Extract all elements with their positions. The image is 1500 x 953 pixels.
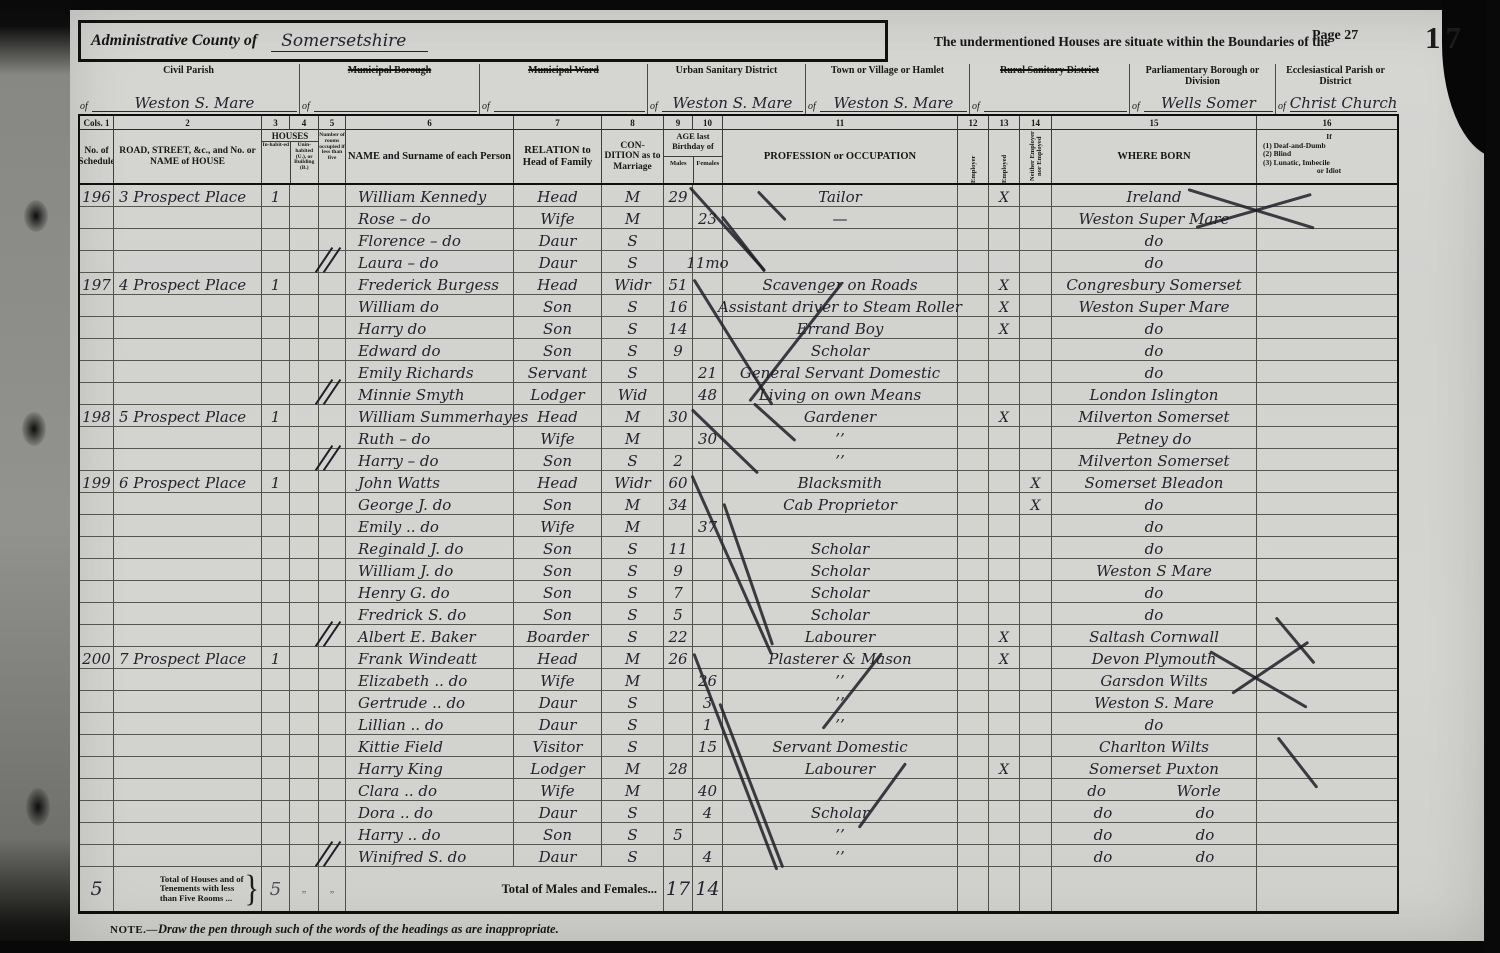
person-row: Emily RichardsServantS21General Servant … — [80, 361, 1397, 383]
person-row: Henry G. doSonS7Scholardo — [80, 581, 1397, 603]
address-cell — [114, 339, 262, 361]
district-label: Town or Village or Hamlet — [808, 65, 967, 76]
col-num: 10 — [693, 116, 723, 130]
relation-cell: Daur — [514, 229, 602, 251]
address-cell — [114, 449, 262, 471]
employed-mark-cell — [989, 251, 1020, 273]
condition-cell: M — [602, 405, 664, 427]
age-female-cell: 3 — [693, 691, 723, 713]
administrative-county-value: Somersetshire — [271, 31, 428, 52]
born-text: Devon Plymouth — [1092, 651, 1217, 668]
uninhabited-cell — [290, 801, 319, 823]
born-text: do — [1145, 585, 1164, 602]
relation-cell: Head — [514, 185, 602, 207]
person-row: Elizabeth .. doWifeM26’’Garsdon Wilts — [80, 669, 1397, 691]
condition-cell: S — [602, 559, 664, 581]
schedule-cell — [80, 295, 114, 317]
occupation-cell: ’’ — [723, 669, 958, 691]
inhabited-cell — [262, 493, 290, 515]
occupation-cell: Labourer — [723, 625, 958, 647]
age-female-cell — [693, 449, 723, 471]
address-cell: 6 Prospect Place — [114, 471, 262, 493]
age-female-cell — [693, 405, 723, 427]
census-form-paper: Administrative County of Somersetshire T… — [70, 10, 1484, 941]
person-row: Edward doSonS9Scholardo — [80, 339, 1397, 361]
age-male-cell: 5 — [664, 823, 693, 845]
employer-mark-cell — [958, 493, 989, 515]
employer-mark-cell — [958, 449, 989, 471]
condition-column-header: CON-DITION as to Marriage — [602, 130, 663, 183]
person-row: William doSonS16Assistant driver to Stea… — [80, 295, 1397, 317]
age-female-cell: 11mo — [693, 251, 723, 273]
employed-mark-cell: X — [989, 295, 1020, 317]
uninhabited-cell — [290, 669, 319, 691]
district-label: Municipal Ward — [482, 65, 645, 76]
born-text-secondary: do — [1196, 805, 1215, 822]
totals-empty-cell — [1257, 867, 1397, 911]
infirmity-cell — [1257, 559, 1397, 581]
inhabited-cell: 1 — [262, 185, 290, 207]
relation-cell: Wife — [514, 515, 602, 537]
col-num: 7 — [514, 116, 602, 130]
schedule-cell — [80, 691, 114, 713]
infirmity-cell — [1257, 493, 1397, 515]
age-female-cell: 1 — [693, 713, 723, 735]
schedule-cell — [80, 361, 114, 383]
age-male-cell — [664, 779, 693, 801]
employer-mark-cell — [958, 691, 989, 713]
address-cell — [114, 295, 262, 317]
rooms-cell — [319, 383, 346, 405]
rooms-column-header: Number of rooms occupied if less than fi… — [319, 130, 345, 162]
age-female-cell: 4 — [693, 801, 723, 823]
condition-cell: S — [602, 251, 664, 273]
neither-mark-cell — [1020, 647, 1052, 669]
condition-cell: M — [602, 427, 664, 449]
schedule-cell: 199 — [80, 471, 114, 493]
employed-mark-cell: X — [989, 625, 1020, 647]
employer-mark-cell — [958, 559, 989, 581]
neither-mark-cell — [1020, 295, 1052, 317]
totals-empty-cell — [723, 867, 958, 911]
age-male-cell: 26 — [664, 647, 693, 669]
relation-cell: Son — [514, 537, 602, 559]
condition-cell: M — [602, 207, 664, 229]
born-text: do — [1094, 827, 1113, 844]
name-column-header: NAME and Surname of each Person — [346, 130, 513, 183]
employer-mark-cell — [958, 713, 989, 735]
where-born-cell: Devon Plymouth — [1052, 647, 1257, 669]
name-cell: Albert E. Baker — [346, 625, 514, 647]
road-street-column-header: ROAD, STREET, &c., and No. or NAME of HO… — [114, 130, 261, 183]
folio-stamp: 17 — [1425, 20, 1466, 56]
name-cell: Reginald J. do — [346, 537, 514, 559]
born-text: do — [1145, 497, 1164, 514]
occupation-cell — [723, 251, 958, 273]
person-row: Kittie FieldVisitorS15Servant DomesticCh… — [80, 735, 1397, 757]
uninhabited-cell — [290, 559, 319, 581]
column-number-row: Cols. 1 2 3 4 5 6 7 8 9 10 11 12 13 14 1… — [80, 116, 1397, 130]
males-column-header: Males — [664, 156, 694, 183]
where-born-cell: Weston Super Mare — [1052, 207, 1257, 229]
employed-mark-cell — [989, 691, 1020, 713]
totals-inhabited-count: 5 — [262, 867, 290, 911]
column-label-row: No. of Schedule ROAD, STREET, &c., and N… — [80, 130, 1397, 185]
rooms-cell — [319, 669, 346, 691]
col-num: 4 — [290, 116, 319, 130]
inhabited-cell — [262, 229, 290, 251]
employed-mark-cell — [989, 801, 1020, 823]
infirmity-cell — [1257, 317, 1397, 339]
occupation-cell: ’’ — [723, 691, 958, 713]
col-num: 8 — [602, 116, 664, 130]
relation-cell: Son — [514, 295, 602, 317]
name-cell: Emily Richards — [346, 361, 514, 383]
age-male-cell — [664, 361, 693, 383]
person-row: Winifred S. doDaurS4’’dodo — [80, 845, 1397, 867]
age-male-cell — [664, 427, 693, 449]
address-cell — [114, 845, 262, 867]
born-text: Weston S Mare — [1096, 563, 1212, 580]
rooms-cell — [319, 405, 346, 427]
totals-ditto-mark: „ — [319, 867, 346, 911]
employed-mark-cell: X — [989, 185, 1020, 207]
neither-mark-cell — [1020, 339, 1052, 361]
col-num: Cols. 1 — [80, 116, 114, 130]
schedule-cell — [80, 559, 114, 581]
household-end-mark — [323, 377, 343, 407]
person-row: Dora .. doDaurS4Scholardodo — [80, 801, 1397, 823]
name-cell: Winifred S. do — [346, 845, 514, 867]
employer-mark-cell — [958, 383, 989, 405]
binder-hole — [22, 412, 46, 446]
infirmity-cell — [1257, 471, 1397, 493]
address-cell — [114, 537, 262, 559]
age-group-header: AGE last Birthday of — [664, 130, 722, 156]
neither-mark-cell: X — [1020, 471, 1052, 493]
rooms-cell — [319, 515, 346, 537]
infirmity-cell — [1257, 537, 1397, 559]
employer-mark-cell — [958, 295, 989, 317]
born-text-secondary: do — [1196, 849, 1215, 866]
uninhabited-column-header: Unin-habited (U.), or Building (B.) — [291, 142, 319, 183]
address-cell — [114, 515, 262, 537]
relation-cell: Head — [514, 471, 602, 493]
schedule-cell — [80, 317, 114, 339]
scan-left-margin — [0, 0, 70, 953]
employer-mark-cell — [958, 801, 989, 823]
age-female-cell: 26 — [693, 669, 723, 691]
person-row: Albert E. BakerBoarderS22LabourerXSaltas… — [80, 625, 1397, 647]
occupation-cell: Blacksmith — [723, 471, 958, 493]
name-cell: Minnie Smyth — [346, 383, 514, 405]
occupation-cell: — — [723, 207, 958, 229]
uninhabited-cell — [290, 207, 319, 229]
of-prefix: of — [302, 101, 310, 112]
inhabited-cell — [262, 339, 290, 361]
born-text: do — [1145, 321, 1164, 338]
employer-mark-cell — [958, 757, 989, 779]
col-num: 16 — [1257, 116, 1397, 130]
employer-mark-cell — [958, 229, 989, 251]
employed-mark-cell — [989, 207, 1020, 229]
employer-mark-cell — [958, 823, 989, 845]
occupation-cell: Living on own Means — [723, 383, 958, 405]
relation-cell: Lodger — [514, 757, 602, 779]
age-male-cell: 14 — [664, 317, 693, 339]
district-label: Parliamentary Borough or Division — [1132, 65, 1273, 87]
person-row: Fredrick S. doSonS5Scholardo — [80, 603, 1397, 625]
age-male-cell: 5 — [664, 603, 693, 625]
relation-cell: Daur — [514, 845, 602, 867]
inhabited-cell — [262, 691, 290, 713]
relation-cell: Wife — [514, 427, 602, 449]
employed-mark-cell — [989, 845, 1020, 867]
born-text: do — [1145, 717, 1164, 734]
employed-mark-cell — [989, 229, 1020, 251]
age-female-cell — [693, 185, 723, 207]
infirmity-cell — [1257, 757, 1397, 779]
uninhabited-cell — [290, 647, 319, 669]
neither-mark-cell — [1020, 779, 1052, 801]
employed-column-header: Employed — [1001, 130, 1008, 183]
col-num: 12 — [958, 116, 989, 130]
condition-cell: S — [602, 625, 664, 647]
employer-mark-cell — [958, 625, 989, 647]
inhabited-cell — [262, 823, 290, 845]
uninhabited-cell — [290, 361, 319, 383]
born-text: Milverton Somerset — [1078, 409, 1229, 426]
infirmity-cell — [1257, 845, 1397, 867]
neither-mark-cell — [1020, 801, 1052, 823]
schedule-cell — [80, 669, 114, 691]
inhabited-cell — [262, 515, 290, 537]
relation-cell: Head — [514, 273, 602, 295]
of-prefix: of — [972, 101, 980, 112]
of-prefix: of — [482, 101, 490, 112]
neither-mark-cell — [1020, 537, 1052, 559]
totals-empty-cell — [989, 867, 1020, 911]
col-num: 9 — [664, 116, 693, 130]
employed-mark-cell — [989, 713, 1020, 735]
person-row: Reginald J. doSonS11Scholardo — [80, 537, 1397, 559]
district-value: Weston S. Mare — [662, 96, 803, 112]
name-cell: Harry .. do — [346, 823, 514, 845]
inhabited-cell — [262, 581, 290, 603]
brace-glyph: } — [245, 868, 259, 911]
name-cell: Lillian .. do — [346, 713, 514, 735]
inhabited-cell — [262, 427, 290, 449]
district-value: Wells Somer — [1144, 96, 1273, 112]
relation-cell: Daur — [514, 251, 602, 273]
schedule-cell — [80, 515, 114, 537]
employed-mark-cell — [989, 669, 1020, 691]
col-num: 6 — [346, 116, 514, 130]
infirmity-cell — [1257, 779, 1397, 801]
neither-mark-cell — [1020, 383, 1052, 405]
household-end-mark — [323, 619, 343, 649]
address-cell — [114, 559, 262, 581]
uninhabited-cell — [290, 493, 319, 515]
condition-cell: M — [602, 515, 664, 537]
district-cell-parliamentary-borough-or-division: Parliamentary Borough or DivisionofWells… — [1130, 64, 1276, 114]
employer-mark-cell — [958, 185, 989, 207]
neither-mark-cell — [1020, 735, 1052, 757]
employed-mark-cell — [989, 383, 1020, 405]
census-table: Cols. 1 2 3 4 5 6 7 8 9 10 11 12 13 14 1… — [78, 114, 1399, 914]
born-text: Ireland — [1127, 189, 1182, 206]
address-cell — [114, 427, 262, 449]
born-text: do — [1145, 541, 1164, 558]
uninhabited-cell — [290, 779, 319, 801]
rooms-cell — [319, 537, 346, 559]
uninhabited-cell — [290, 581, 319, 603]
condition-cell: S — [602, 713, 664, 735]
neither-mark-cell — [1020, 405, 1052, 427]
born-text: do — [1145, 519, 1164, 536]
name-cell: Kittie Field — [346, 735, 514, 757]
district-row: Civil ParishofWeston S. MareMunicipal Bo… — [78, 64, 1395, 114]
name-cell: Fredrick S. do — [346, 603, 514, 625]
occupation-cell — [723, 229, 958, 251]
relation-cell: Wife — [514, 207, 602, 229]
born-text: Saltash Cornwall — [1089, 629, 1219, 646]
address-cell — [114, 493, 262, 515]
occupation-cell: Errand Boy — [723, 317, 958, 339]
born-text: Weston Super Mare — [1079, 299, 1230, 316]
name-cell: Henry G. do — [346, 581, 514, 603]
person-row: Harry .. doSonS5’’dodo — [80, 823, 1397, 845]
col-num: 14 — [1020, 116, 1052, 130]
of-prefix: of — [1132, 101, 1140, 112]
address-cell — [114, 383, 262, 405]
relation-cell: Daur — [514, 691, 602, 713]
age-male-cell — [664, 845, 693, 867]
where-born-cell: do — [1052, 515, 1257, 537]
employer-mark-cell — [958, 735, 989, 757]
rooms-cell — [319, 757, 346, 779]
uninhabited-cell — [290, 537, 319, 559]
totals-houses-label: Total of Houses and of Tenements with le… — [114, 867, 262, 911]
name-cell: Rose – do — [346, 207, 514, 229]
rooms-cell — [319, 251, 346, 273]
administrative-county-label: Administrative County of — [91, 32, 257, 50]
where-born-cell: do — [1052, 493, 1257, 515]
employed-mark-cell — [989, 603, 1020, 625]
schedule-cell: 197 — [80, 273, 114, 295]
where-born-cell: Milverton Somerset — [1052, 405, 1257, 427]
person-row: 1963 Prospect Place1William KennedyHeadM… — [80, 185, 1397, 207]
age-female-cell: 37 — [693, 515, 723, 537]
household-end-mark — [323, 839, 343, 869]
age-female-cell — [693, 581, 723, 603]
inhabited-cell — [262, 251, 290, 273]
schedule-cell — [80, 801, 114, 823]
rooms-cell — [319, 471, 346, 493]
district-cell-civil-parish: Civil ParishofWeston S. Mare — [78, 64, 300, 114]
born-text: Petney do — [1117, 431, 1192, 448]
occupation-cell: Scholar — [723, 559, 958, 581]
inhabited-cell: 1 — [262, 471, 290, 493]
schedule-cell — [80, 251, 114, 273]
occupation-cell — [723, 515, 958, 537]
born-text: do — [1145, 233, 1164, 250]
col-num: 2 — [114, 116, 262, 130]
where-born-cell: do — [1052, 713, 1257, 735]
inhabited-cell: 1 — [262, 647, 290, 669]
born-text: Garsdon Wilts — [1100, 673, 1207, 690]
neither-mark-cell — [1020, 757, 1052, 779]
infirmity-cell — [1257, 427, 1397, 449]
where-born-cell: Ireland — [1052, 185, 1257, 207]
name-cell: William J. do — [346, 559, 514, 581]
schedule-cell — [80, 449, 114, 471]
address-cell — [114, 361, 262, 383]
neither-mark-cell — [1020, 449, 1052, 471]
rooms-cell — [319, 713, 346, 735]
totals-schedule-count: 5 — [80, 867, 114, 911]
occupation-cell: Scholar — [723, 801, 958, 823]
totals-row: 5 Total of Houses and of Tenements with … — [80, 867, 1397, 911]
infirmity-cell — [1257, 251, 1397, 273]
born-text: do — [1145, 607, 1164, 624]
employer-mark-cell — [958, 339, 989, 361]
administrative-county-box: Administrative County of Somersetshire — [78, 20, 888, 62]
born-text: Milverton Somerset — [1078, 453, 1229, 470]
relation-cell: Visitor — [514, 735, 602, 757]
col-num: 5 — [319, 116, 346, 130]
schedule-cell — [80, 339, 114, 361]
totals-empty-cell — [1020, 867, 1052, 911]
infirmity-cell — [1257, 713, 1397, 735]
boundaries-heading: The undermentioned Houses are situate wi… — [896, 34, 1368, 50]
where-born-cell: doWorle — [1052, 779, 1257, 801]
relation-cell: Head — [514, 647, 602, 669]
age-male-cell — [664, 713, 693, 735]
schedule-cell — [80, 757, 114, 779]
condition-cell: S — [602, 339, 664, 361]
employed-mark-cell — [989, 449, 1020, 471]
employed-mark-cell: X — [989, 273, 1020, 295]
age-female-cell — [693, 603, 723, 625]
employer-mark-cell — [958, 273, 989, 295]
inhabited-cell — [262, 625, 290, 647]
employer-mark-cell — [958, 405, 989, 427]
infirmity-cell — [1257, 647, 1397, 669]
employer-mark-cell — [958, 669, 989, 691]
employed-mark-cell — [989, 779, 1020, 801]
district-value — [494, 111, 645, 112]
employed-mark-cell — [989, 515, 1020, 537]
occupation-cell: Scholar — [723, 537, 958, 559]
inhabited-cell — [262, 361, 290, 383]
condition-cell: Widr — [602, 471, 664, 493]
rooms-cell — [319, 647, 346, 669]
occupation-cell: Labourer — [723, 757, 958, 779]
infirmity-cell — [1257, 823, 1397, 845]
neither-mark-cell — [1020, 185, 1052, 207]
of-prefix: of — [80, 101, 88, 112]
neither-column-header: Neither Employer nor Employed — [1029, 130, 1043, 183]
profession-column-header: PROFESSION or OCCUPATION — [723, 130, 957, 183]
infirmity-column-header: If (1) Deaf-and-Dumb (2) Blind (3) Lunat… — [1257, 130, 1397, 176]
schedule-cell — [80, 581, 114, 603]
employed-mark-cell: X — [989, 317, 1020, 339]
schedule-cell — [80, 603, 114, 625]
infirmity-cell — [1257, 405, 1397, 427]
where-born-cell: Weston S Mare — [1052, 559, 1257, 581]
uninhabited-cell — [290, 713, 319, 735]
